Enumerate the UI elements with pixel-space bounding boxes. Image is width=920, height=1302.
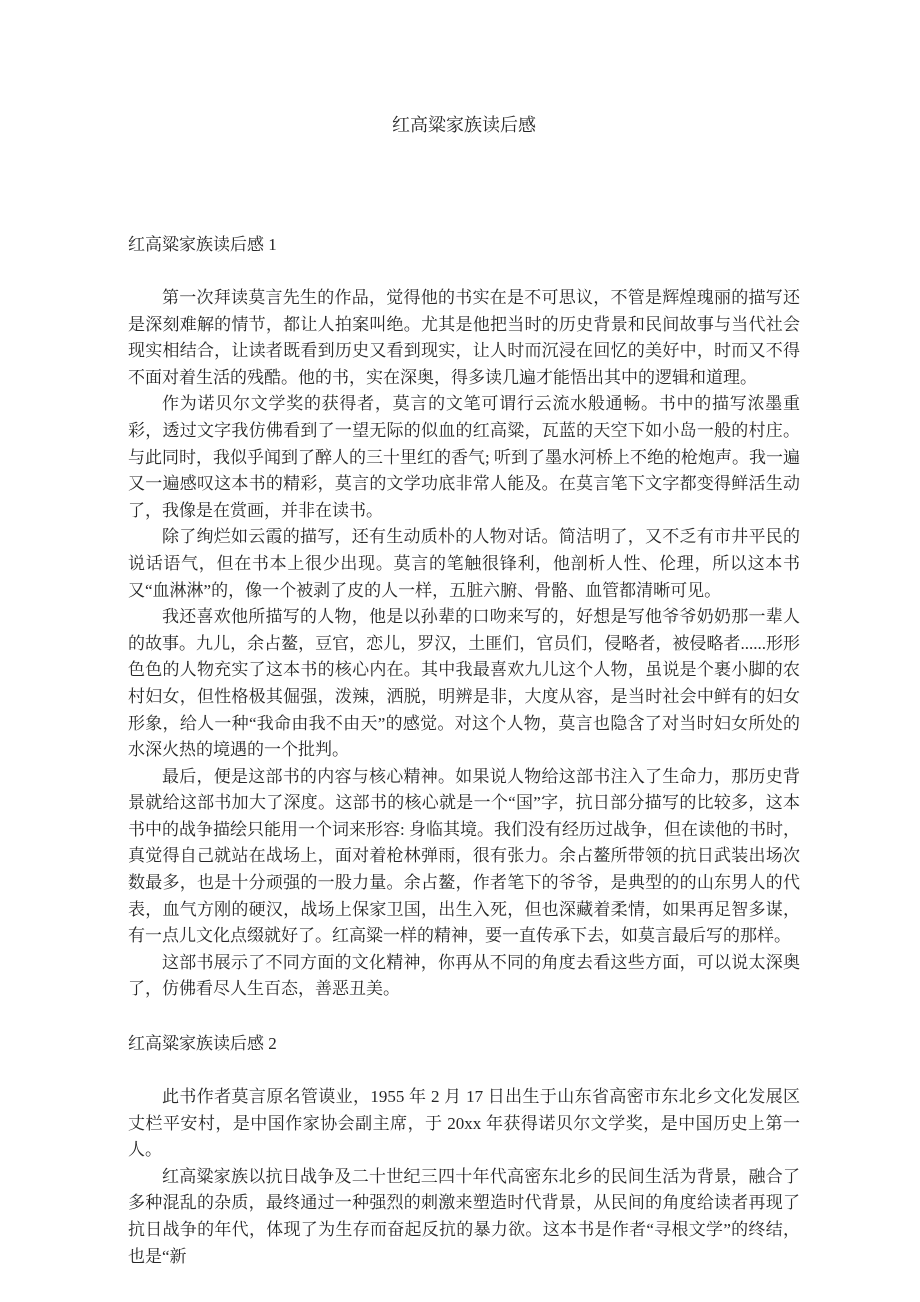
section-1-heading: 红高粱家族读后感 1 — [128, 231, 800, 258]
section-2-paragraph-2: 红高粱家族以抗日战争及二十世纪三四十年代高密东北乡的民间生活为背景，融合了多种混… — [128, 1164, 800, 1270]
section-1-paragraph-5: 最后，便是这部书的内容与核心精神。如果说人物给这部书注入了生命力，那历史背景就给… — [128, 764, 800, 950]
section-1-paragraph-2: 作为诺贝尔文学奖的获得者，莫言的文笔可谓行云流水般通畅。书中的描写浓墨重彩，透过… — [128, 391, 800, 524]
section-2-paragraph-1: 此书作者莫言原名管谟业，1955 年 2 月 17 日出生于山东省高密市东北乡文… — [128, 1084, 800, 1164]
section-1-paragraph-4: 我还喜欢他所描写的人物，他是以孙辈的口吻来写的，好想是写他爷爷奶奶那一辈人的故事… — [128, 604, 800, 764]
document-page: 红高粱家族读后感 红高粱家族读后感 1 第一次拜读莫言先生的作品，觉得他的书实在… — [0, 0, 920, 1302]
section-1-paragraph-1: 第一次拜读莫言先生的作品，觉得他的书实在是不可思议，不管是辉煌瑰丽的描写还是深刻… — [128, 285, 800, 391]
document-title: 红高粱家族读后感 — [128, 112, 800, 139]
section-1-paragraph-3: 除了绚烂如云霞的描写，还有生动质朴的人物对话。简洁明了，又不乏有市井平民的说话语… — [128, 524, 800, 604]
section-2-heading: 红高粱家族读后感 2 — [128, 1030, 800, 1057]
section-1-paragraph-6: 这部书展示了不同方面的文化精神，你再从不同的角度去看这些方面，可以说太深奥了，仿… — [128, 950, 800, 1003]
